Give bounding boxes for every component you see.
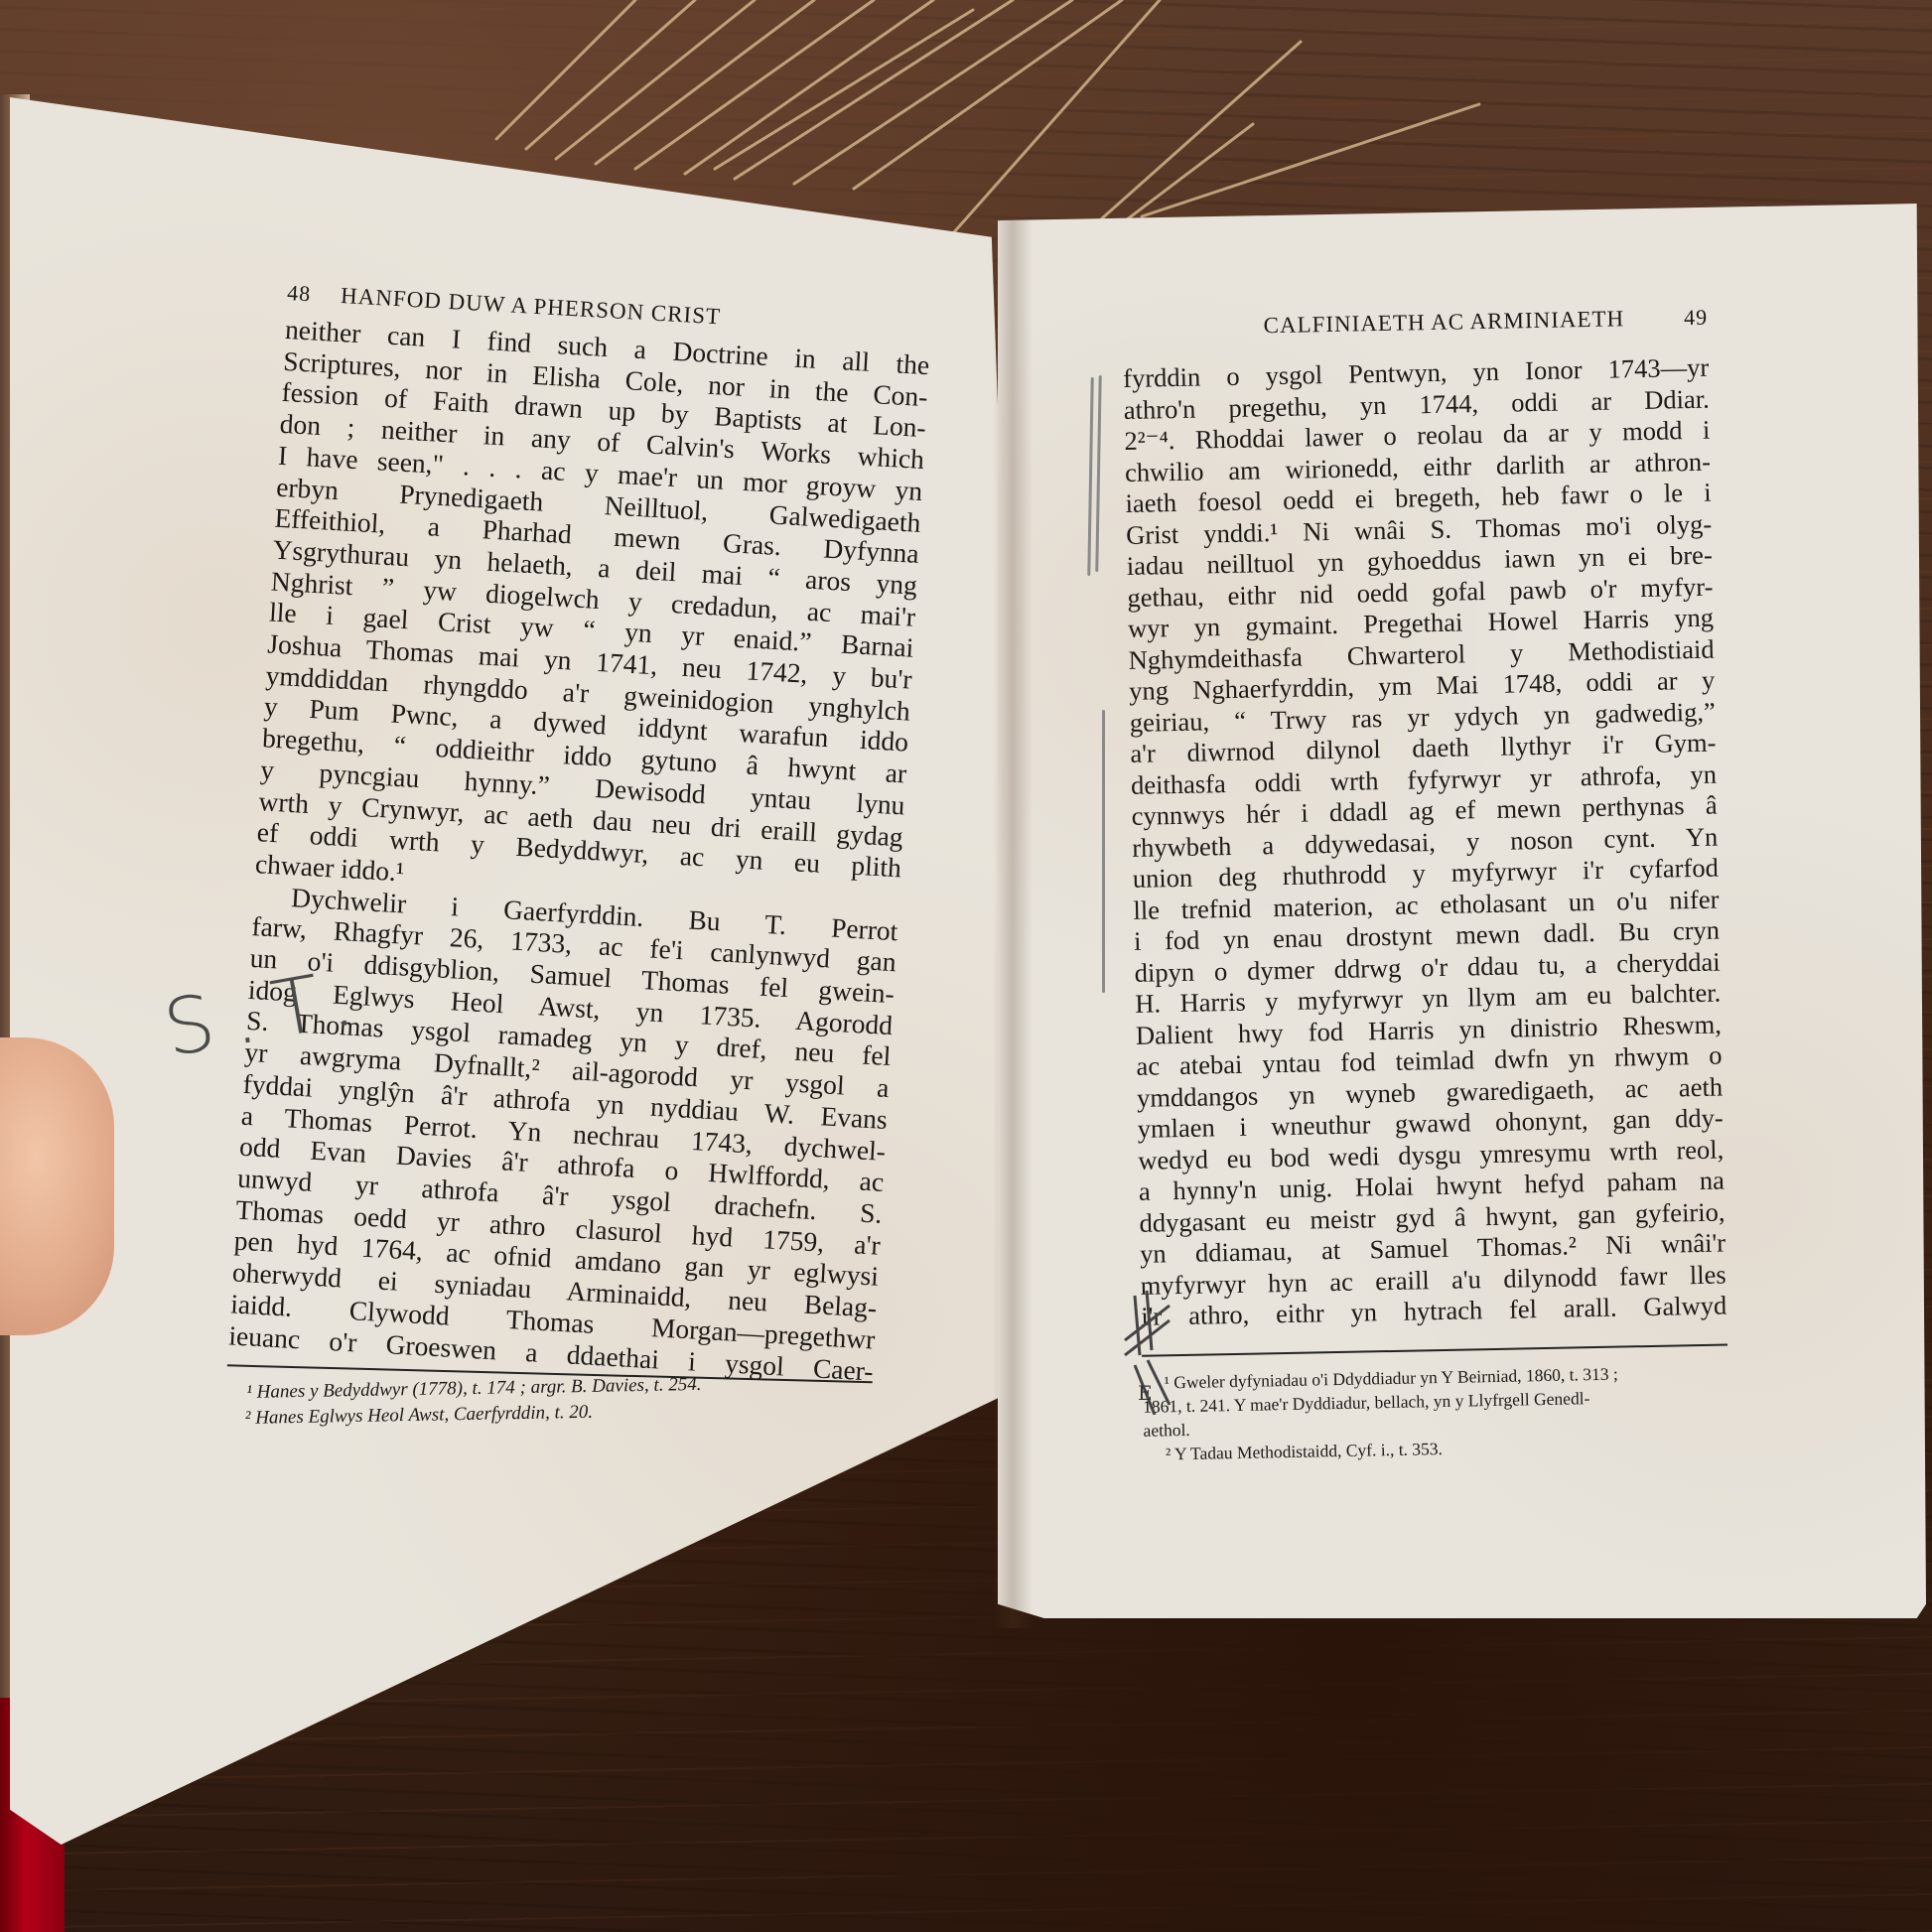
- page-number: 48: [287, 280, 312, 307]
- book-gutter: [993, 218, 1033, 1628]
- chapter-title: CALFINIAETH AC ARMINIAETH: [1263, 306, 1624, 339]
- footnote-rule: [1142, 1343, 1727, 1356]
- pencil-hash-mark-icon: E: [1120, 1276, 1189, 1415]
- right-page-text: CALFINIAETH AC ARMINIAETH 49 fyrddin o y…: [1122, 305, 1729, 1466]
- svg-text:E: E: [1138, 1381, 1153, 1405]
- right-body: fyrddin o ysgol Pentwyn, yn Ionor 1743—y…: [1123, 352, 1727, 1333]
- thumb: [0, 1037, 114, 1335]
- right-footnotes: ¹ Gweler dyfyniadau o'i Ddyddiadur yn Y …: [1142, 1359, 1729, 1465]
- left-body: neither can I find such a Doctrine in al…: [228, 314, 930, 1387]
- pencil-margin-line: [1102, 710, 1105, 993]
- page-number: 49: [1684, 305, 1708, 331]
- left-page-text: 48 HANFOD DUW A PHERSON CRIST neither ca…: [223, 280, 932, 1468]
